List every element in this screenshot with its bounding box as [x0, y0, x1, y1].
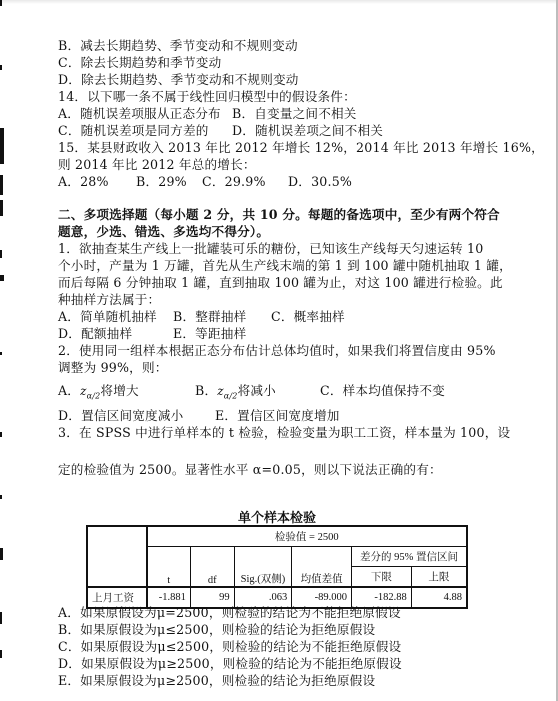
mq3-stem-line1: 3．在 SPSS 中进行单样本的 t 检验，检验变量为职工工资，样本量为 100… — [58, 425, 510, 441]
mq1-stem-line1: 1．欲抽查某生产线上一批罐装可乐的糖份，已知该生产线每天匀速运转 10 — [58, 241, 483, 257]
scan-margin-marks — [0, 0, 8, 701]
q13-option-d: D．除去长期趋势、季节变动和不规则变动 — [58, 72, 299, 88]
table-title: 单个样本检验 — [86, 507, 468, 526]
q15-option-c: C．29.9% — [202, 174, 266, 190]
top-shadow — [0, 0, 558, 4]
mq3-stem-line2: 定的检验值为 2500。显著性水平 α=0.05，则以下说法正确的有： — [58, 462, 442, 478]
section2-heading-line2: 题意，少选、错选、多选均不得分）。 — [58, 224, 269, 240]
one-sample-t-test-table: 检验值 = 2500 t df Sig.(双侧) 均值差值 差分的 95% 置信… — [86, 525, 468, 609]
q14-option-a: A．随机误差项服从正态分布 — [58, 106, 221, 122]
ci-header: 差分的 95% 置信区间 — [352, 547, 467, 567]
mq1-option-b: B．整群抽样 — [173, 309, 246, 325]
cell-upper: 4.88 — [411, 587, 467, 608]
page-footer-cropped — [0, 694, 558, 701]
q14-option-c: C．随机误差项是同方差的 — [58, 123, 209, 139]
q15-stem-line1: 15．某县财政收入 2013 年比 2012 年增长 12%，2014 年比 2… — [58, 140, 544, 156]
mq2-option-a: A．zα/2将增大 — [58, 383, 139, 404]
mq2-option-b: B．zα/2将减小 — [195, 383, 276, 404]
col-header-mean-diff: 均值差值 — [292, 547, 352, 588]
q15-option-d: D．30.5% — [288, 174, 352, 190]
q13-option-c: C．除去长期趋势和季节变动 — [58, 55, 221, 71]
mq1-option-c: C．概率抽样 — [271, 309, 345, 325]
mq2-option-d: D．置信区间宽度减小 — [58, 408, 183, 424]
col-header-df: df — [190, 547, 234, 588]
mq3-option-e: E．如果原假设为μ≥2500，则检验的结论为拒绝原假设 — [58, 673, 375, 689]
col-header-upper: 上限 — [411, 567, 467, 588]
col-header-t: t — [147, 547, 191, 588]
mq3-option-c: C．如果原假设为μ≤2500，则检验的结论为不能拒绝原假设 — [58, 639, 401, 655]
z-alpha-half-symbol: zα/2 — [217, 384, 237, 398]
z-alpha-half-symbol: zα/2 — [80, 384, 100, 398]
q13-option-b: B．减去长期趋势、季节变动和不规则变动 — [58, 38, 298, 54]
mq1-stem-line3: 而后每隔 6 分钟抽取 1 罐，直到抽取 100 罐为止，对这 100 罐进行检… — [58, 275, 503, 291]
mq3-option-d: D．如果原假设为μ≥2500，则检验的结论为不能拒绝原假设 — [58, 656, 402, 672]
section2-heading-line1: 二、多项选择题（每小题 2 分，共 10 分。每题的备选项中，至少有两个符合 — [58, 207, 500, 223]
mq2-option-c: C．样本均值保持不变 — [320, 383, 445, 399]
mq1-option-d: D．配额抽样 — [58, 326, 132, 342]
col-header-lower: 下限 — [352, 567, 412, 588]
mq2-stem-line2: 调整为 99%，则： — [58, 360, 168, 376]
q15-option-a: A．28% — [58, 174, 109, 190]
test-value-header: 检验值 = 2500 — [147, 526, 467, 547]
mq3-option-a: A．如果原假设为μ=2500，则检验的结论为不能拒绝原假设 — [58, 605, 401, 621]
mq1-option-e: E．等距抽样 — [173, 326, 246, 342]
mq1-stem-line4: 种抽样方法属于： — [58, 292, 160, 308]
q14-option-b: B．自变量之间不相关 — [232, 106, 357, 122]
mq2-stem-line1: 2．使用同一组样本根据正态分布估计总体均值时，如果我们将置信度由 95% — [58, 343, 496, 359]
col-header-sig: Sig.(双侧) — [234, 547, 292, 588]
q15-stem-line2: 则 2014 年比 2012 年总的增长： — [58, 157, 256, 173]
mq1-stem-line2: 个小时，产量为 1 万罐，首先从生产线末端的第 1 到 100 罐中随机抽取 1… — [58, 258, 512, 274]
q14-option-d: D．随机误差项之间不相关 — [232, 123, 383, 139]
table-corner-cell — [87, 526, 147, 587]
q15-option-b: B．29% — [136, 174, 187, 190]
q14-stem: 14．以下哪一条不属于线性回归模型中的假设条件： — [58, 89, 356, 105]
mq2-option-e: E．置信区间宽度增加 — [215, 408, 340, 424]
mq3-option-b: B．如果原假设为μ≤2500，则检验的结论为拒绝原假设 — [58, 622, 375, 638]
mq1-option-a: A．简单随机抽样 — [58, 309, 157, 325]
